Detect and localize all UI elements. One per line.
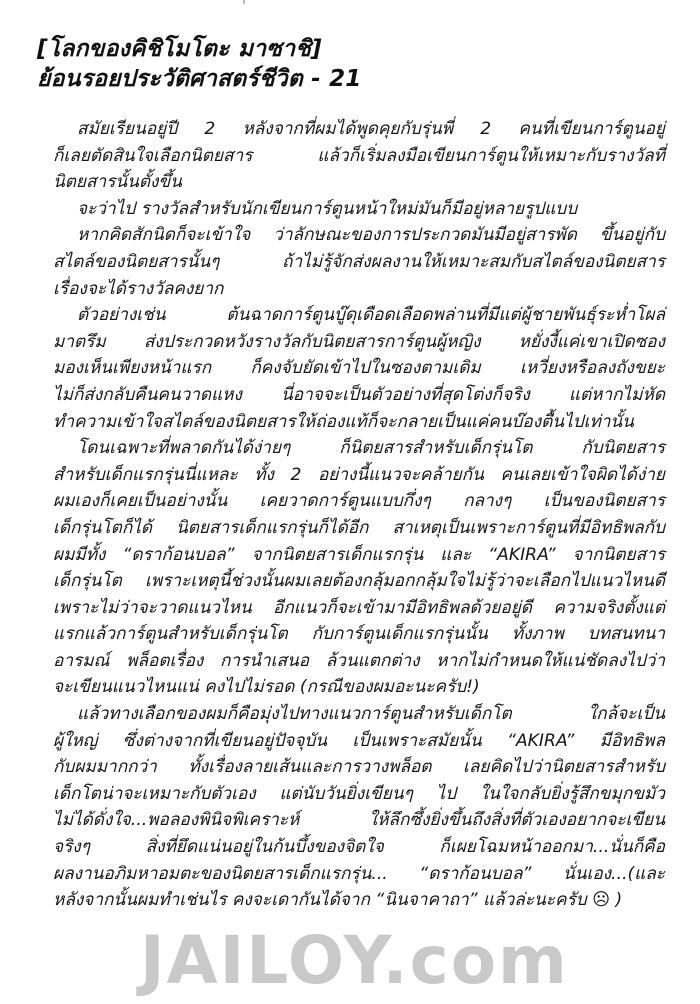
- text-line: แรกแล้วการ์ตูนสำหรับเด็กรุ่นโต กับการ์ตู…: [53, 621, 665, 648]
- text-line: ไม่ก็ส่งกลับคืนคนวาดแหง นี่อาจจะเป็นตัวอ…: [53, 382, 665, 409]
- text-line: หากคิดสักนิดก็จะเข้าใจ ว่าลักษณะของการปร…: [53, 222, 665, 249]
- text-line: เด็กโตน่าจะเหมาะกับตัวเอง แต่นับวันยิ่งเ…: [53, 781, 665, 808]
- article-body: สมัยเรียนอยู่ปี 2 หลังจากที่ผมได้พูดคุยก…: [53, 116, 665, 914]
- text-line: สมัยเรียนอยู่ปี 2 หลังจากที่ผมได้พูดคุยก…: [53, 116, 665, 143]
- text-line: ตัวอย่างเช่น ต้นฉาดการ์ตูนบู๊ดุเดือดเลือ…: [53, 302, 665, 329]
- series-title: [โลกของคิชิโมโตะ มาซาชิ]: [37, 34, 362, 64]
- text-line: เรื่องจะได้รางวัลคงยาก: [53, 276, 665, 303]
- text-line: อารมณ์ พล็อตเรื่อง การนำเสนอ ล้วนแตกต่าง…: [53, 648, 665, 675]
- text-line: จะว่าไป รางวัลสำหรับนักเขียนการ์ตูนหน้าใ…: [53, 196, 665, 223]
- text-line: โดนเฉพาะที่พลาดกันได้ง่ายๆ ก็นิตยสารสำหร…: [53, 435, 665, 462]
- text-line: ทำความเข้าใจสไตล์ของนิตยสารให้ถ่องแท้ก็จ…: [53, 409, 665, 436]
- text-line: นิตยสารนั้นตั้งขึ้น: [53, 169, 665, 196]
- text-line: สไตล์ของนิตยสารนั้นๆ ถ้าไม่รู้จักส่งผลงา…: [53, 249, 665, 276]
- text-line: ผลงานอภิมหาอมตะของนิตยสารเด็กแรกรุ่น... …: [53, 861, 665, 888]
- text-line: เด็กรุ่นโตก็ได้ นิตยสารเด็กแรกรุ่นก็ได้อ…: [53, 515, 665, 542]
- text-line: ไม่ได้ดั่งใจ...พอลองพินิจพิเคราะห์ ให้ลึ…: [53, 807, 665, 834]
- text-line: หลังจากนั้นผมทำเช่นไร คงจะเดากันได้จาก “…: [53, 887, 665, 914]
- text-line: จะเขียนแนวไหนแน่ คงไปไม่รอด (กรณีของผมอะ…: [53, 674, 665, 701]
- text-line: เพราะไม่ว่าจะวาดแนวไหน อีกแนวก็จะเข้ามาม…: [53, 595, 665, 622]
- scanned-page: [โลกของคิชิโมโตะ มาซาชิ] ย้อนรอยประวัติศ…: [0, 0, 700, 1004]
- text-line: สำหรับเด็กแรกรุ่นนี่แหละ ทั้ง 2 อย่างนี้…: [53, 462, 665, 489]
- chapter-title: ย้อนรอยประวัติศาสตร์ชีวิต - 21: [37, 64, 362, 94]
- watermark-logo: JAILOY.com: [140, 926, 560, 996]
- text-line: แล้วทางเลือกของผมก็คือมุ่งไปทางแนวการ์ตู…: [53, 701, 665, 728]
- text-line: มองเห็นเพียงหน้าแรก ก็คงจับยัดเข้าไปในซอ…: [53, 355, 665, 382]
- text-line: เด็กรุ่นโต เพราะเหตุนี้ช่วงนั้นผมเลยต้อง…: [53, 568, 665, 595]
- text-line: ก็เลยตัดสินใจเลือกนิตยสาร แล้วก็เริ่มลงม…: [53, 143, 665, 170]
- text-line: จริงๆ สิ่งที่ยึดแน่นอยู่ในก้นบึ้งของจิตใ…: [53, 834, 665, 861]
- text-line: ผมเองก็เคยเป็นอย่างนั้น เคยวาดการ์ตูนแบบ…: [53, 488, 665, 515]
- article-header: [โลกของคิชิโมโตะ มาซาชิ] ย้อนรอยประวัติศ…: [37, 34, 362, 94]
- text-line: กับผมมากกว่า ทั้งเรื่องลายเส้นและการวางพ…: [53, 754, 665, 781]
- text-line: ผู้ใหญ่ ซึ่งต่างจากที่เขียนอยู่ปัจจุบัน …: [53, 728, 665, 755]
- text-line: มาตรึม ส่งประกวดหวังรางวัลกับนิตยสารการ์…: [53, 329, 665, 356]
- text-line: ผมมีทั้ง “ดราก้อนบอล” จากนิตยสารเด็กแรกร…: [53, 542, 665, 569]
- scan-artifact-mark: [243, 0, 245, 4]
